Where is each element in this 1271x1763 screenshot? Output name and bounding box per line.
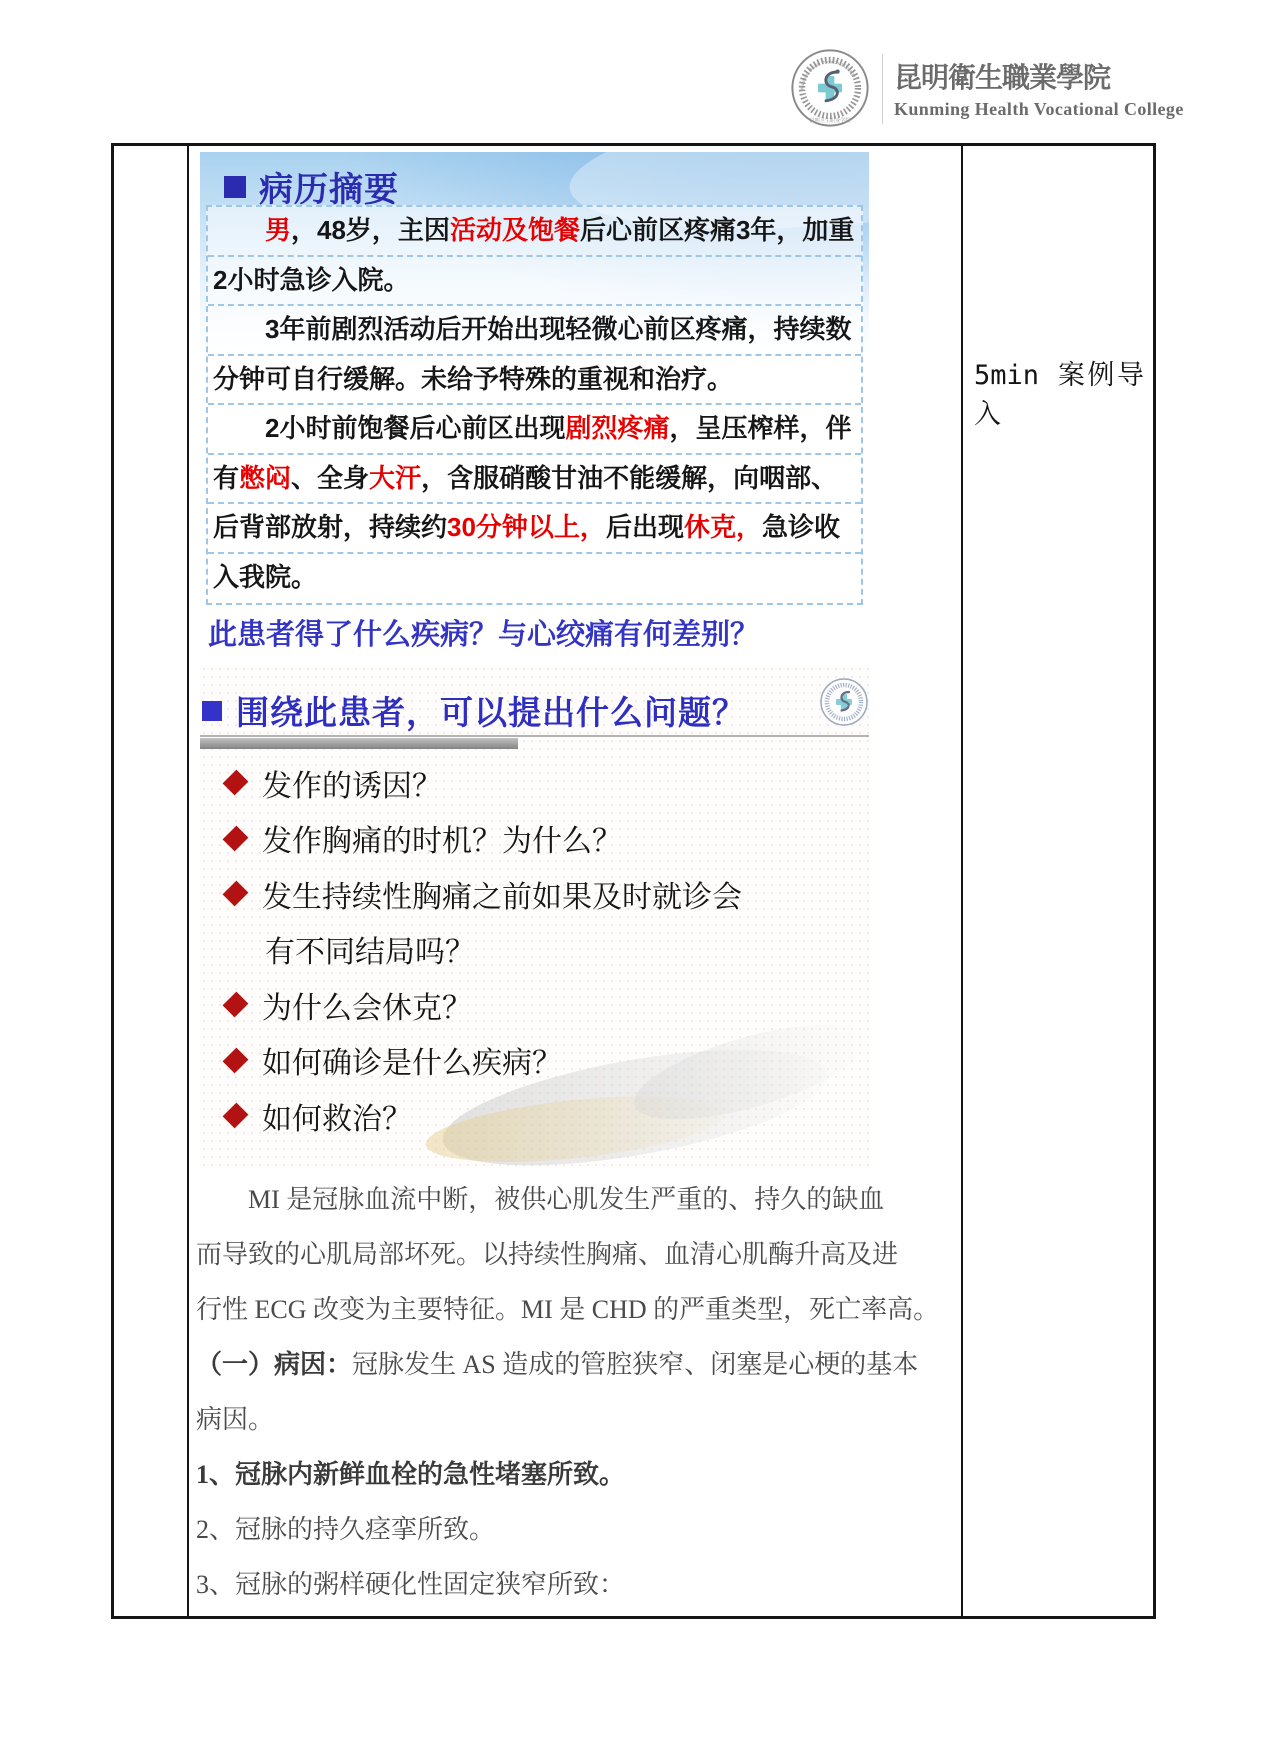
question-bullet-item: 如何救治？ — [224, 1088, 864, 1144]
square-bullet-icon — [202, 701, 222, 721]
case-text-box: 男，48岁，主因活动及饱餐后心前区疼痛3年，加重2小时急诊入院。3年前剧烈活动后… — [206, 205, 863, 605]
time-allocation-note: 5min 案例导入 — [974, 356, 1144, 434]
slide-case-summary: 病历摘要 男，48岁，主因活动及饱餐后心前区疼痛3年，加重2小时急诊入院。3年前… — [200, 152, 869, 659]
header-gray-bar — [200, 738, 518, 749]
question-bullet-item: 为什么会休克？ — [224, 977, 864, 1033]
body-text-line: 2、冠脉的持久痉挛所致。 — [196, 1502, 962, 1557]
question-bullet-list: 发作的诱因？发作胸痛的时机？为什么？发生持续性胸痛之前如果及时就诊会有不同结局吗… — [224, 755, 864, 1144]
header-underline — [200, 735, 869, 737]
college-name-english: Kunming Health Vocational College — [894, 99, 1184, 120]
case-text-line: 有憋闷、全身大汗，含服硝酸甘油不能缓解，向咽部、 — [208, 455, 861, 505]
body-text-line: 行性 ECG 改变为主要特征。MI 是 CHD 的严重类型，死亡率高。 — [196, 1282, 962, 1337]
question-bullet-item: 发作胸痛的时机？为什么？ — [224, 811, 864, 867]
body-text-line: 病因。 — [196, 1392, 962, 1447]
logo-divider — [882, 54, 883, 124]
square-bullet-icon — [224, 176, 246, 198]
case-text-line: 男，48岁，主因活动及饱餐后心前区疼痛3年，加重 — [208, 207, 861, 257]
case-text-line: 分钟可自行缓解。未给予特殊的重视和治疗。 — [208, 356, 861, 406]
college-seal-small-icon — [819, 677, 869, 727]
question-bullet-item: 发作的诱因？ — [224, 755, 864, 811]
question-bullet-item: 有不同结局吗？ — [224, 922, 864, 978]
slide-discussion-questions: 围绕此患者，可以提出什么问题？ 发作的诱因？发作胸痛的时机？为什么？发生持续性胸… — [200, 665, 869, 1168]
question-bullet-item: 发生持续性胸痛之前如果及时就诊会 — [224, 866, 864, 922]
body-text-line: 3、冠脉的粥样硬化性固定狭窄所致： — [196, 1557, 962, 1612]
seal-bottom-text: 昆明卫生职业学院 — [810, 117, 851, 124]
lecture-notes-text: MI 是冠脉血流中断，被供心肌发生严重的、持久的缺血而导致的心肌局部坏死。以持续… — [196, 1172, 962, 1612]
diamond-bullet-icon — [223, 1047, 249, 1073]
table-column-divider-left — [187, 143, 189, 1619]
diamond-bullet-icon — [223, 825, 249, 851]
document-page: Kunming Health Vocational College 昆明卫生职业… — [0, 0, 1271, 1763]
body-text-line: 而导致的心肌局部坏死。以持续性胸痛、血清心肌酶升高及进 — [196, 1227, 962, 1282]
diamond-bullet-icon — [223, 881, 249, 907]
diamond-bullet-icon — [223, 1103, 249, 1129]
case-text-line: 2小时急诊入院。 — [208, 257, 861, 307]
diamond-bullet-icon — [223, 770, 249, 796]
slide2-title: 围绕此患者，可以提出什么问题？ — [236, 687, 746, 734]
case-text-line: 2小时前饱餐后心前区出现剧烈疼痛，呈压榨样，伴 — [208, 405, 861, 455]
case-question: 此患者得了什么疾病？与心绞痛有何差别？ — [208, 612, 759, 653]
body-text-line: （一）病因：冠脉发生 AS 造成的管腔狭窄、闭塞是心梗的基本 — [196, 1337, 962, 1392]
case-text-line: 入我院。 — [208, 554, 861, 604]
case-text-line: 3年前剧烈活动后开始出现轻微心前区疼痛，持续数 — [208, 306, 861, 356]
diamond-bullet-icon — [223, 992, 249, 1018]
body-text-line: 1、冠脉内新鲜血栓的急性堵塞所致。 — [196, 1447, 962, 1502]
question-bullet-item: 如何确诊是什么疾病？ — [224, 1033, 864, 1089]
body-text-line: MI 是冠脉血流中断，被供心肌发生严重的、持久的缺血 — [196, 1172, 962, 1227]
college-name-calligraphy: 昆明衛生職業學院 — [894, 56, 1124, 96]
slide1-title: 病历摘要 — [259, 162, 399, 211]
case-text-line: 后背部放射，持续约30分钟以上，后出现休克，急诊收 — [208, 504, 861, 554]
college-seal-icon: Kunming Health Vocational College 昆明卫生职业… — [790, 48, 870, 128]
